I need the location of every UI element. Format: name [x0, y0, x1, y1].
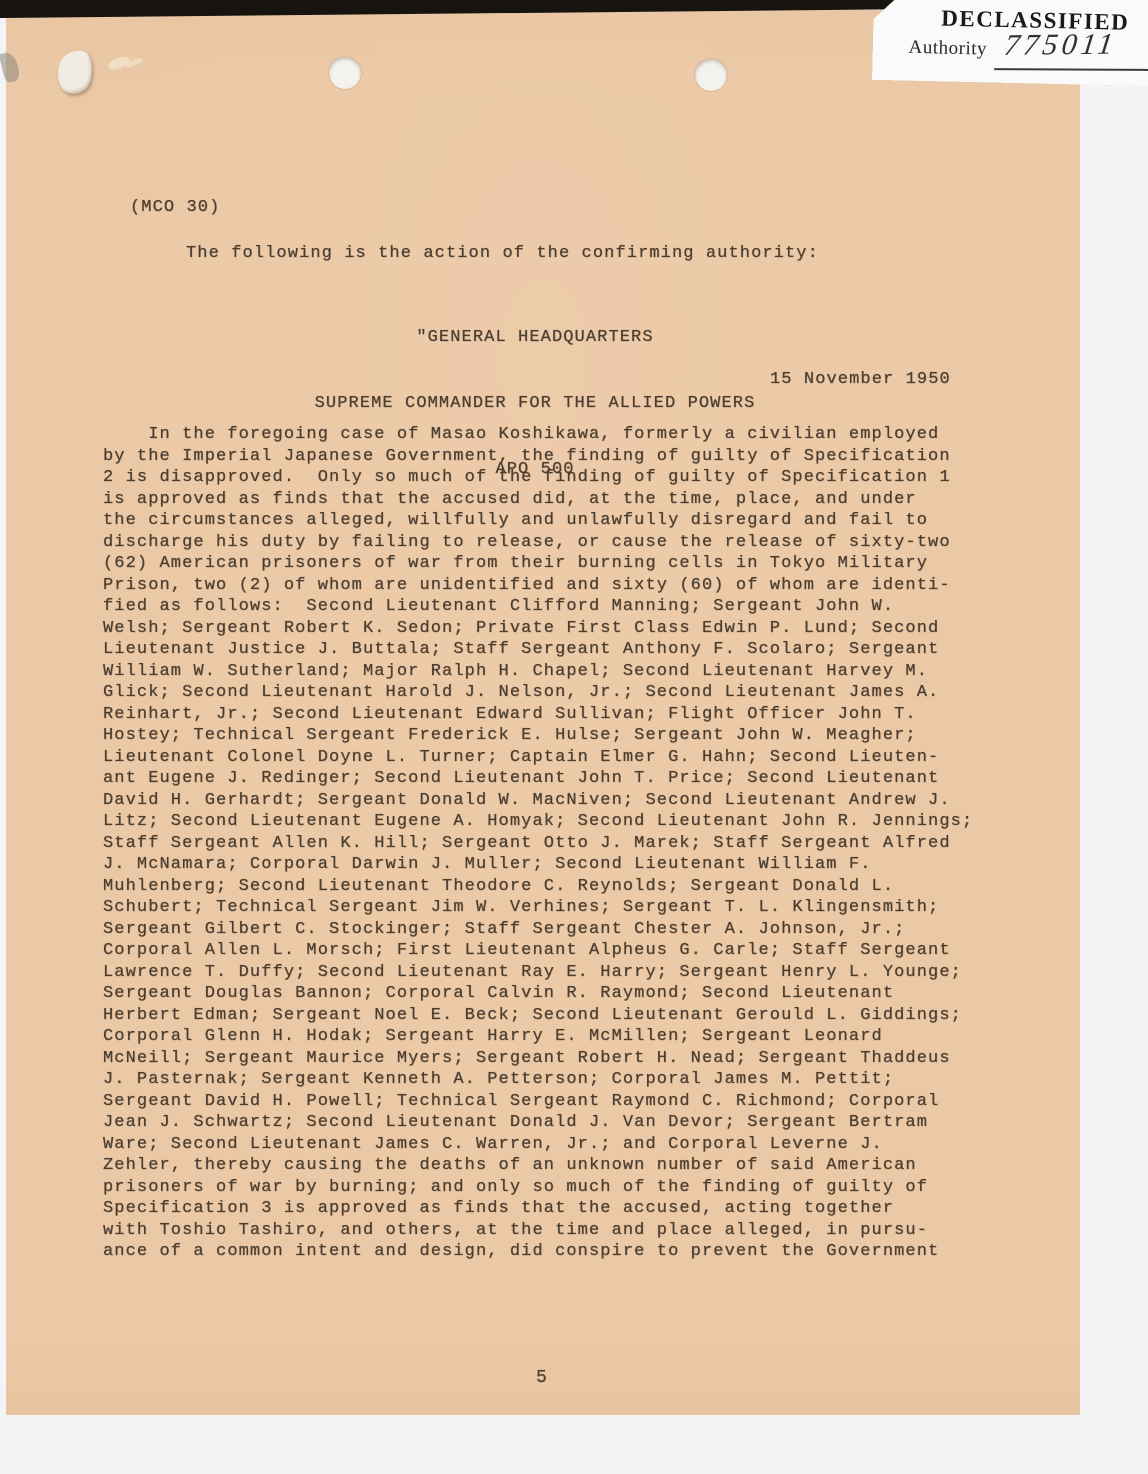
body-line: Prison, two (2) of whom are unidentified…	[103, 575, 973, 597]
authority-underline	[994, 68, 1148, 71]
typed-content: (MCO 30) The following is the action of …	[6, 10, 1080, 1415]
body-line: Ware; Second Lieutenant James C. Warren,…	[103, 1134, 973, 1156]
body-line: discharge his duty by failing to release…	[103, 532, 973, 554]
authority-label: Authority	[908, 37, 987, 61]
body-line: by the Imperial Japanese Government, the…	[103, 446, 973, 468]
body-line: J. Pasternak; Sergeant Kenneth A. Petter…	[103, 1069, 973, 1091]
date-line: 15 November 1950	[770, 370, 951, 389]
body-line: Sergeant Douglas Bannon; Corporal Calvin…	[103, 983, 973, 1005]
document-paper: (MCO 30) The following is the action of …	[6, 10, 1080, 1415]
intro-line: The following is the action of the confi…	[186, 244, 819, 263]
scanned-page: (MCO 30) The following is the action of …	[0, 0, 1148, 1474]
body-line: ance of a common intent and design, did …	[103, 1241, 973, 1263]
body-line: David H. Gerhardt; Sergeant Donald W. Ma…	[103, 790, 973, 812]
body-line: Litz; Second Lieutenant Eugene A. Homyak…	[103, 811, 973, 833]
body-line: Hostey; Technical Sergeant Frederick E. …	[103, 725, 973, 747]
body-line: Specification 3 is approved as finds tha…	[103, 1198, 973, 1220]
authority-number-handwritten: 775011	[1002, 28, 1119, 63]
body-line: with Toshio Tashiro, and others, at the …	[103, 1220, 973, 1242]
body-text: In the foregoing case of Masao Koshikawa…	[103, 424, 973, 1263]
body-line: In the foregoing case of Masao Koshikawa…	[103, 424, 973, 446]
body-line: McNeill; Sergeant Maurice Myers; Sergean…	[103, 1048, 973, 1070]
body-line: Schubert; Technical Sergeant Jim W. Verh…	[103, 897, 973, 919]
body-line: Sergeant Gilbert C. Stockinger; Staff Se…	[103, 919, 973, 941]
declassified-stamp: DECLASSIFIED Authority 775011	[872, 0, 1148, 87]
body-line: Jean J. Schwartz; Second Lieutenant Dona…	[103, 1112, 973, 1134]
org-line-headquarters: "GENERAL HEADQUARTERS	[103, 327, 967, 349]
body-line: Corporal Glenn H. Hodak; Sergeant Harry …	[103, 1026, 973, 1048]
org-line-scap: SUPREME COMMANDER FOR THE ALLIED POWERS	[103, 393, 967, 415]
body-line: (62) American prisoners of war from thei…	[103, 553, 973, 575]
body-line: ant Eugene J. Redinger; Second Lieutenan…	[103, 768, 973, 790]
body-line: Muhlenberg; Second Lieutenant Theodore C…	[103, 876, 973, 898]
body-line: Welsh; Sergeant Robert K. Sedon; Private…	[103, 618, 973, 640]
body-line: J. McNamara; Corporal Darwin J. Muller; …	[103, 854, 973, 876]
body-line: Lawrence T. Duffy; Second Lieutenant Ray…	[103, 962, 973, 984]
body-line: 2 is disapproved. Only so much of the fi…	[103, 467, 973, 489]
body-line: Glick; Second Lieutenant Harold J. Nelso…	[103, 682, 973, 704]
body-line: the circumstances alleged, willfully and…	[103, 510, 973, 532]
page-number: 5	[536, 1368, 548, 1388]
body-line: fied as follows: Second Lieutenant Cliff…	[103, 596, 973, 618]
body-line: Lieutenant Justice J. Buttala; Staff Ser…	[103, 639, 973, 661]
body-line: Staff Sergeant Allen K. Hill; Sergeant O…	[103, 833, 973, 855]
body-line: William W. Sutherland; Major Ralph H. Ch…	[103, 661, 973, 683]
body-line: Zehler, thereby causing the deaths of an…	[103, 1155, 973, 1177]
body-line: prisoners of war by burning; and only so…	[103, 1177, 973, 1199]
body-line: Reinhart, Jr.; Second Lieutenant Edward …	[103, 704, 973, 726]
body-line: Herbert Edman; Sergeant Noel E. Beck; Se…	[103, 1005, 973, 1027]
body-line: Lieutenant Colonel Doyne L. Turner; Capt…	[103, 747, 973, 769]
case-reference: (MCO 30)	[130, 198, 220, 217]
body-line: is approved as finds that the accused di…	[103, 489, 973, 511]
body-line: Sergeant David H. Powell; Technical Serg…	[103, 1091, 973, 1113]
body-line: Corporal Allen L. Morsch; First Lieutena…	[103, 940, 973, 962]
